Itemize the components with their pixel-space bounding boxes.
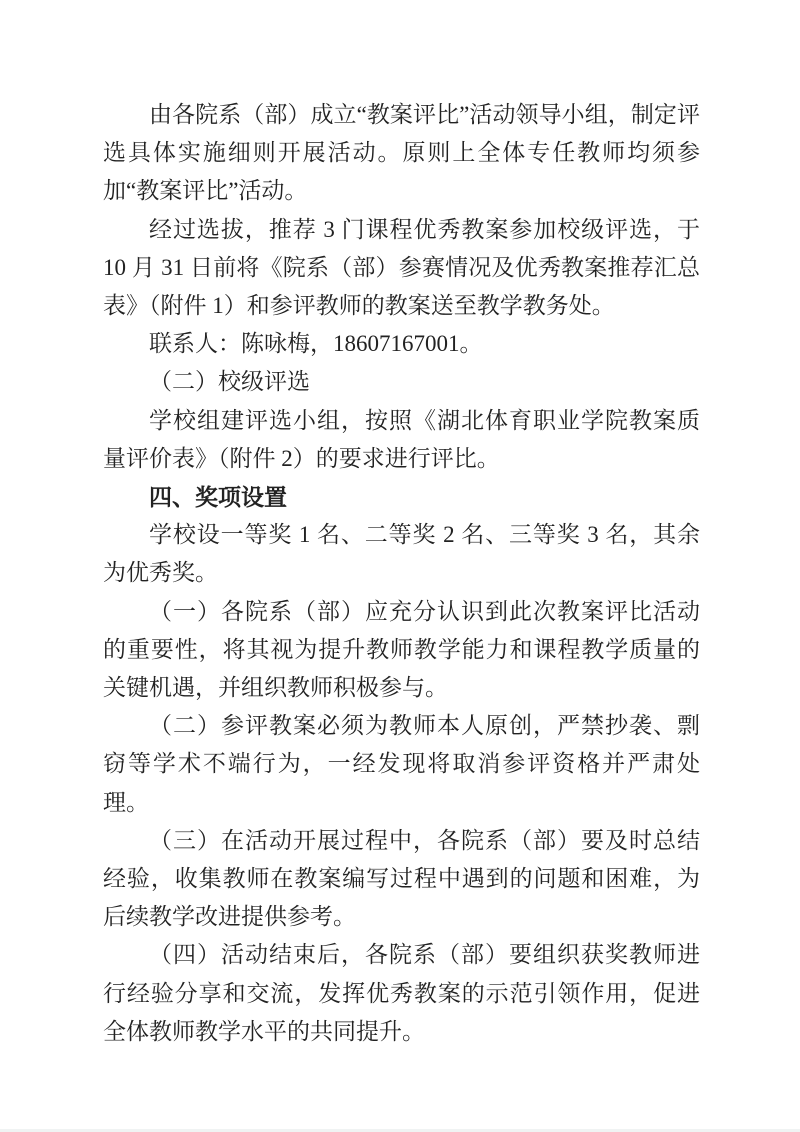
paragraph-school-evaluation: 学校组建评选小组，按照《湖北体育职业学院教案质量评价表》（附件 2）的要求进行评…: [103, 402, 700, 478]
paragraph-requirement-1: （一）各院系（部）应充分认识到此次教案评比活动的重要性，将其视为提升教师教学能力…: [103, 593, 700, 708]
paragraph-award-tiers: 学校设一等奖 1 名、二等奖 2 名、三等奖 3 名，其余为优秀奖。: [103, 516, 700, 592]
paragraph-requirement-4: （四）活动结束后，各院系（部）要组织获奖教师进行经验分享和交流，发挥优秀教案的示…: [103, 936, 700, 1051]
paragraph-requirement-3: （三）在活动开展过程中，各院系（部）要及时总结经验，收集教师在教案编写过程中遇到…: [103, 822, 700, 937]
document-body: 由各院系（部）成立“教案评比”活动领导小组，制定评选具体实施细则开展活动。原则上…: [103, 96, 700, 1051]
subheading-school-level-selection: （二）校级评选: [103, 363, 700, 401]
paragraph-recommendation-deadline: 经过选拔，推荐 3 门课程优秀教案参加校级评选，于 10 月 31 日前将《院系…: [103, 211, 700, 326]
paragraph-requirement-2: （二）参评教案必须为教师本人原创，严禁抄袭、剽窃等学术不端行为，一经发现将取消参…: [103, 707, 700, 822]
contact-line: 联系人：陈咏梅，18607167001。: [103, 325, 700, 363]
document-page: 由各院系（部）成立“教案评比”活动领导小组，制定评选具体实施细则开展活动。原则上…: [0, 0, 800, 1132]
section-heading-awards: 四、奖项设置: [103, 478, 700, 516]
paragraph-department-organization: 由各院系（部）成立“教案评比”活动领导小组，制定评选具体实施细则开展活动。原则上…: [103, 96, 700, 211]
